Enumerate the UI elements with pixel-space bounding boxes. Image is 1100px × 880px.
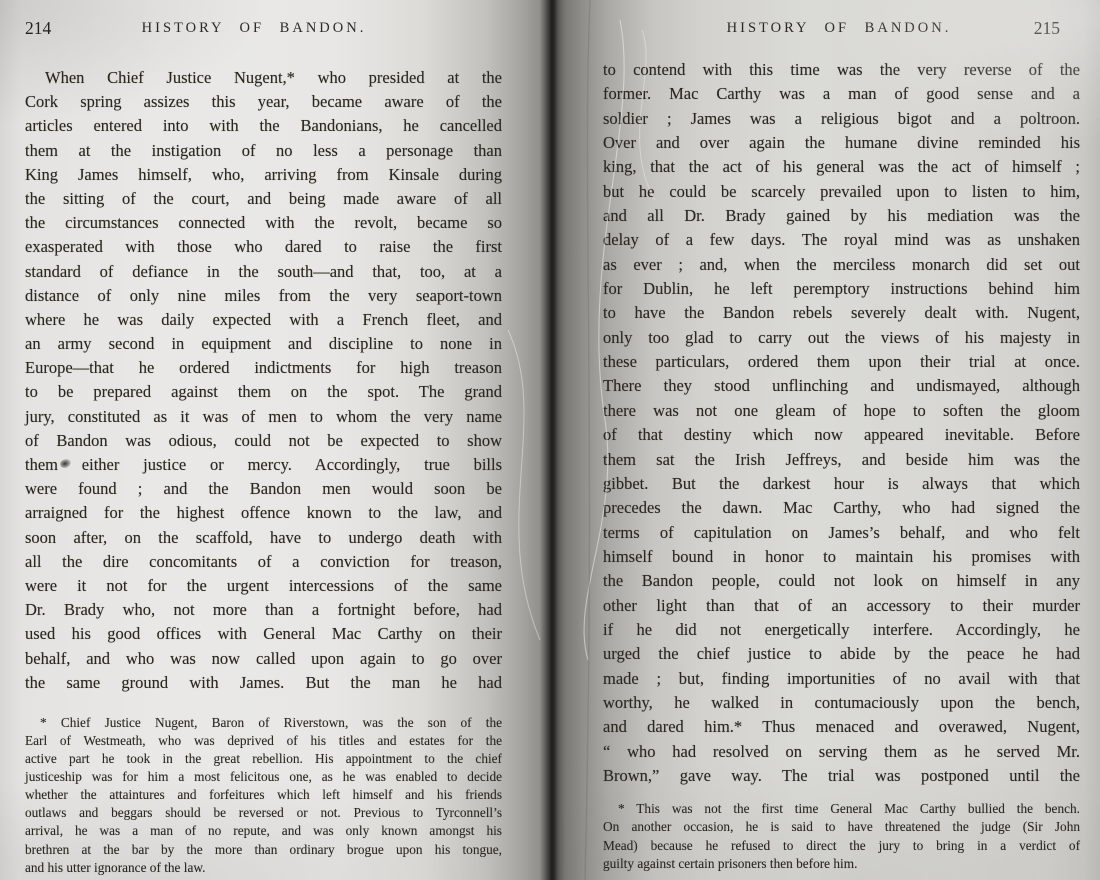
footnote-line: justiceship was for him a most felicitou…	[25, 768, 502, 786]
body-line: them at the instigation of no less a per…	[25, 139, 502, 163]
body-line: and dared him.* Thus menaced and overawe…	[603, 715, 1080, 739]
body-line: as ever ; and, when the merciless monarc…	[603, 253, 1080, 277]
body-line: delay of a few days. The royal mind was …	[603, 228, 1080, 252]
right-footnote: * This was not the first time General Ma…	[603, 800, 1080, 872]
body-line: soldier ; James was a religious bigot an…	[603, 107, 1080, 131]
body-line: behalf, and who was now called upon agai…	[25, 647, 502, 671]
right-page-header: HISTORY OF BANDON. 215	[566, 0, 1100, 42]
body-line: “ who had resolved on serving them as he…	[603, 740, 1080, 764]
footnote-line: outlaws and beggars should be reversed o…	[25, 804, 502, 822]
body-line: urged the chief justice to abide by the …	[603, 642, 1080, 666]
body-line: the sitting of the court, and being made…	[25, 187, 502, 211]
body-line: where he was daily expected with a Frenc…	[25, 308, 502, 332]
body-line: were it not for the urgent intercessions…	[25, 574, 502, 598]
body-line: terms of capitulation on James’s behalf,…	[603, 521, 1080, 545]
footnote-line: guilty against certain prisoners then be…	[603, 855, 1080, 873]
body-line: Brown,” gave way. The trial was postpone…	[603, 764, 1080, 788]
book-gutter	[540, 0, 566, 880]
body-line: if he did not energetically interfere. A…	[603, 618, 1080, 642]
footnote-line: On another occasion, he is said to have …	[603, 818, 1080, 836]
body-line: to contend with this time was the very r…	[603, 58, 1080, 82]
body-line: these particulars, ordered them upon the…	[603, 350, 1080, 374]
body-line: distance of only nine miles from the ver…	[25, 284, 502, 308]
body-line: all the dire concomitants of a convictio…	[25, 550, 502, 574]
body-line: precedes the dawn. Mac Carthy, who had s…	[603, 496, 1080, 520]
body-line: exasperated with those who dared to rais…	[25, 235, 502, 259]
footnote-line: active part he took in the great rebelli…	[25, 750, 502, 768]
body-line: of Bandon was odious, could not be expec…	[25, 429, 502, 453]
footnote-line: Mead) because he refused to direct the j…	[603, 837, 1080, 855]
body-line: only too glad to carry out the views of …	[603, 326, 1080, 350]
body-line: Over and over again the humane divine re…	[603, 131, 1080, 155]
footnote-line: * This was not the first time General Ma…	[603, 800, 1080, 818]
body-line: an army second in equipment and discipli…	[25, 332, 502, 356]
body-line: for Dublin, he left peremptory instructi…	[603, 277, 1080, 301]
body-line: of that destiny which now appeared inevi…	[603, 423, 1080, 447]
body-line: to be prepared against them on the spot.…	[25, 380, 502, 404]
body-line: When Chief Justice Nugent,* who presided…	[25, 66, 502, 90]
left-page-header: 214 HISTORY OF BANDON.	[0, 0, 540, 42]
footnote-line: whether the attaintures and forfeitures …	[25, 786, 502, 804]
book-scan: 214 HISTORY OF BANDON. When Chief Justic…	[0, 0, 1100, 880]
body-line: and all Dr. Brady gained by his mediatio…	[603, 204, 1080, 228]
body-line: there was not one gleam of hope to softe…	[603, 399, 1080, 423]
footnote-line: brethren at the bar by the more than ord…	[25, 841, 502, 859]
body-line: himself bound in honor to maintain his p…	[603, 545, 1080, 569]
page-left: 214 HISTORY OF BANDON. When Chief Justic…	[0, 0, 540, 880]
body-line: standard of defiance in the south—and th…	[25, 260, 502, 284]
right-body-text: to contend with this time was the very r…	[603, 58, 1080, 788]
body-line: were found ; and the Bandon men would so…	[25, 477, 502, 501]
footnote-line: arrival, he was a man of no repute, and …	[25, 822, 502, 840]
running-head-right: HISTORY OF BANDON.	[600, 20, 1078, 37]
body-line: the circumstances connected with the rev…	[25, 211, 502, 235]
body-line: them sat the Irish Jeffreys, and beside …	[603, 448, 1080, 472]
page-number-right: 215	[1034, 18, 1060, 39]
body-line: jury, constituted as it was of men to wh…	[25, 405, 502, 429]
body-line: King James himself, who, arriving from K…	[25, 163, 502, 187]
body-line: Europe—that he ordered indictments for h…	[25, 356, 502, 380]
footnote-line: and his utter ignorance of the law.	[25, 859, 502, 877]
body-line: worthy, he walked in contumaciously upon…	[603, 691, 1080, 715]
page-right: HISTORY OF BANDON. 215 to contend with t…	[566, 0, 1100, 880]
body-line: king, that the act of his general was th…	[603, 155, 1080, 179]
footnote-line: * Chief Justice Nugent, Baron of Riverst…	[25, 714, 502, 732]
body-line: Cork spring assizes this year, became aw…	[25, 90, 502, 114]
body-line: them either justice or mercy. Accordingl…	[25, 453, 502, 477]
body-line: the same ground with James. But the man …	[25, 671, 502, 695]
footnote-line: Earl of Westmeath, who was deprived of h…	[25, 732, 502, 750]
body-line: articles entered into with the Bandonian…	[25, 114, 502, 138]
body-line: former. Mac Carthy was a man of good sen…	[603, 82, 1080, 106]
left-footnote: * Chief Justice Nugent, Baron of Riverst…	[25, 714, 502, 877]
body-line: but he could be scarcely prevailed upon …	[603, 180, 1080, 204]
body-line: Dr. Brady who, not more than a fortnight…	[25, 598, 502, 622]
left-body-text: When Chief Justice Nugent,* who presided…	[25, 66, 502, 695]
body-line: to have the Bandon rebels severely dealt…	[603, 301, 1080, 325]
running-head-left: HISTORY OF BANDON.	[14, 20, 494, 37]
body-line: the Bandon people, could not look on him…	[603, 569, 1080, 593]
body-line: arraigned for the highest offence known …	[25, 501, 502, 525]
body-line: There they stood unflinching and undisma…	[603, 374, 1080, 398]
body-line: used his good offices with General Mac C…	[25, 622, 502, 646]
body-line: gibbet. But the darkest hour is always t…	[603, 472, 1080, 496]
body-line: other light than that of an accessory to…	[603, 594, 1080, 618]
body-line: made ; but, finding importunities of no …	[603, 667, 1080, 691]
body-line: soon after, on the scaffold, have to und…	[25, 526, 502, 550]
page-number-left: 214	[25, 18, 51, 39]
